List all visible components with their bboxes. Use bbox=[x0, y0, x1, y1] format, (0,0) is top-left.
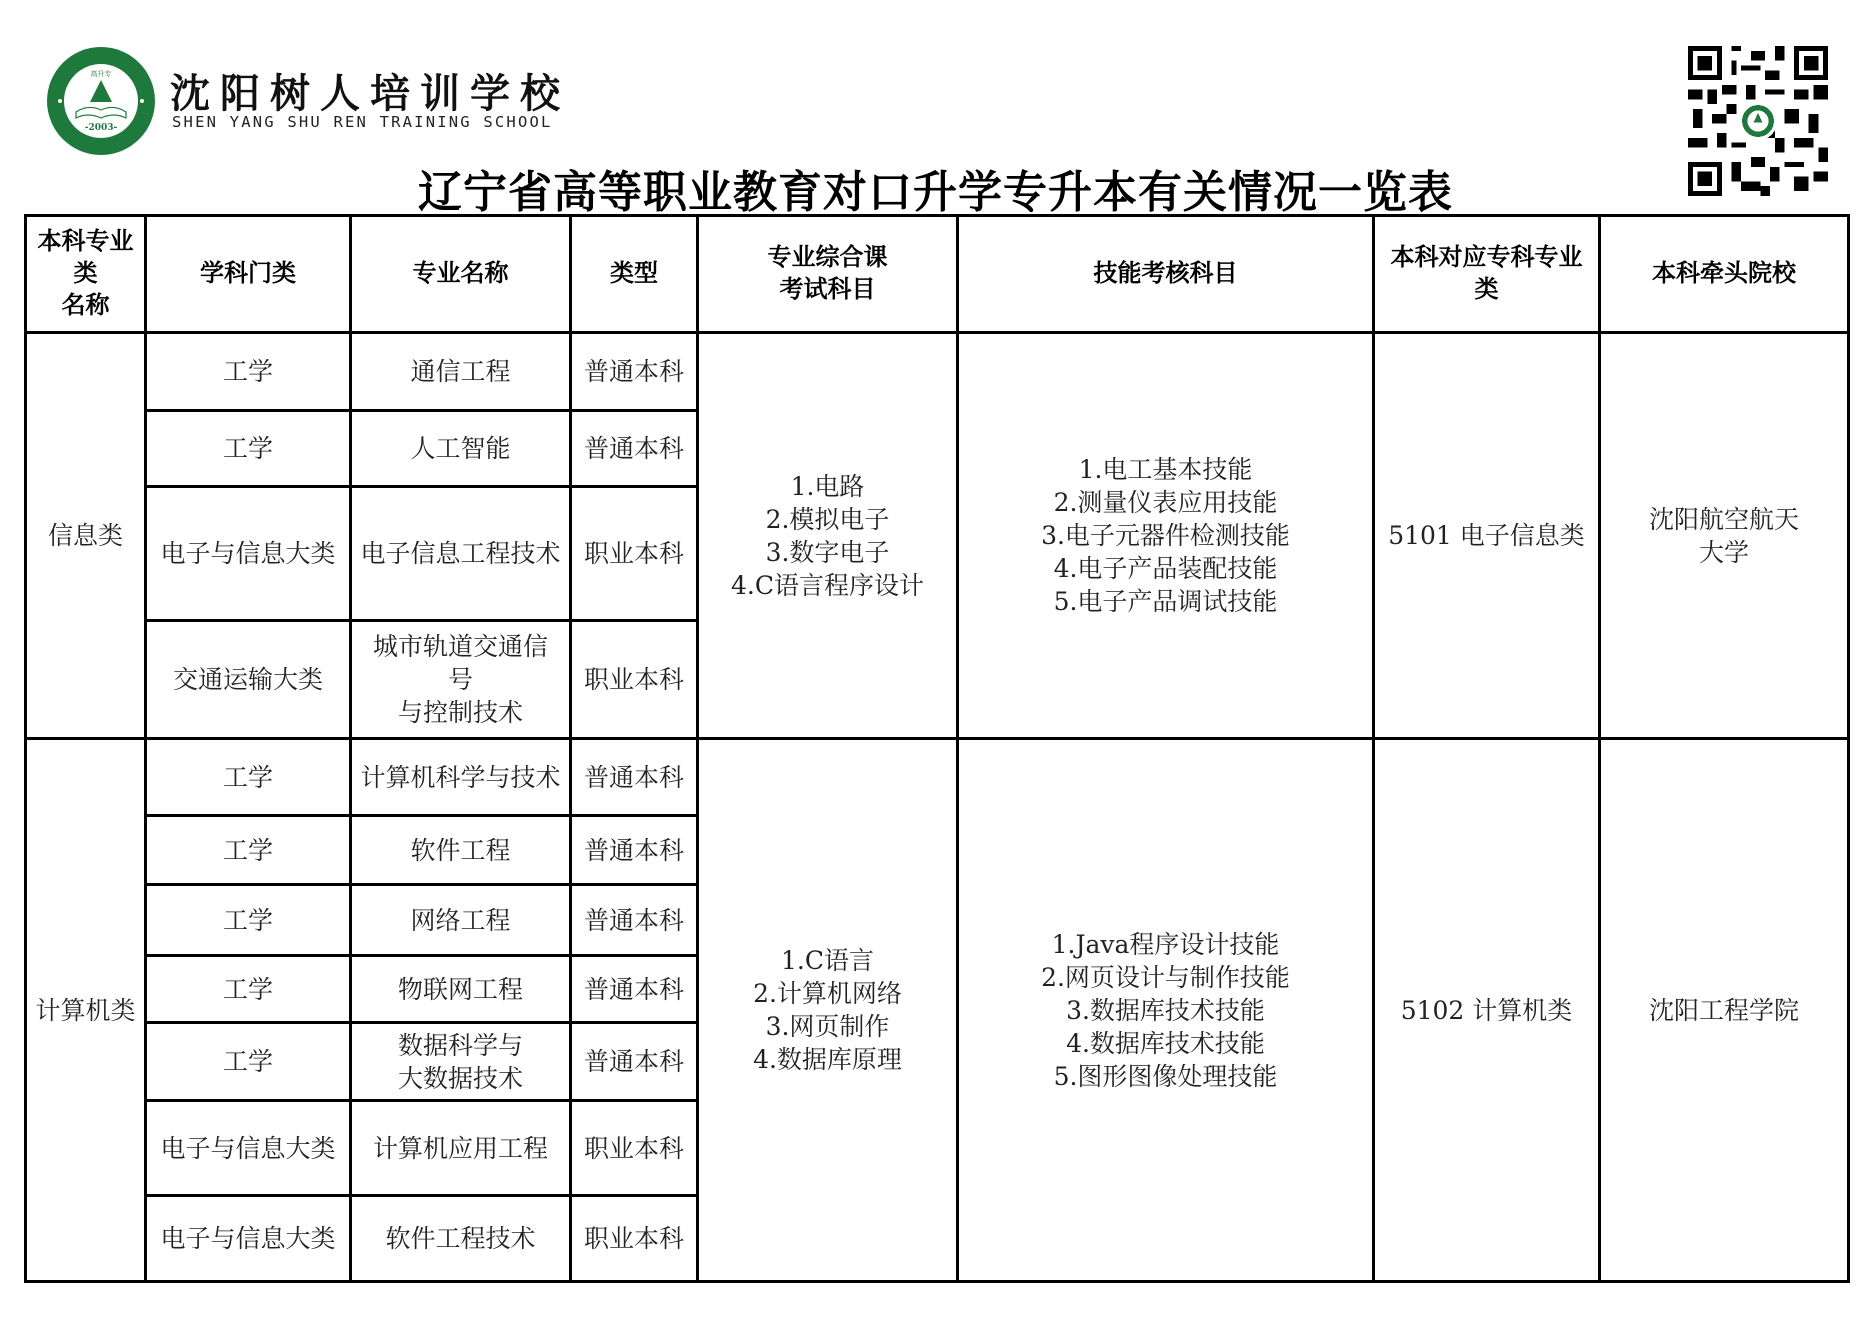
skill-subjects-cell: 1.Java程序设计技能 2.网页设计与制作技能 3.数据库技术技能 4.数据库… bbox=[958, 739, 1374, 1282]
table-row: 计算机类 工学 计算机科学与技术 普通本科 1.C语言 2.计算机网络 3.网页… bbox=[26, 739, 1849, 816]
type-cell: 职业本科 bbox=[571, 621, 698, 739]
admission-table: 本科专业类 名称 学科门类 专业名称 类型 专业综合课 考试科目 技能考核科目 … bbox=[24, 214, 1850, 1283]
type-cell: 职业本科 bbox=[571, 487, 698, 621]
discipline-cell: 工学 bbox=[146, 333, 351, 411]
col-header-major: 专业名称 bbox=[351, 216, 571, 333]
type-cell: 普通本科 bbox=[571, 1023, 698, 1101]
major-cell: 软件工程技术 bbox=[351, 1196, 571, 1282]
vocational-category-cell: 5101 电子信息类 bbox=[1374, 333, 1600, 739]
discipline-cell: 电子与信息大类 bbox=[146, 487, 351, 621]
major-cell: 电子信息工程技术 bbox=[351, 487, 571, 621]
major-cell: 计算机科学与技术 bbox=[351, 739, 571, 816]
category-cell: 信息类 bbox=[26, 333, 146, 739]
table-header-row: 本科专业类 名称 学科门类 专业名称 类型 专业综合课 考试科目 技能考核科目 … bbox=[26, 216, 1849, 333]
col-header-type: 类型 bbox=[571, 216, 698, 333]
discipline-cell: 交通运输大类 bbox=[146, 621, 351, 739]
lead-university-cell: 沈阳航空航天 大学 bbox=[1600, 333, 1849, 739]
discipline-cell: 工学 bbox=[146, 411, 351, 487]
discipline-cell: 电子与信息大类 bbox=[146, 1101, 351, 1196]
type-cell: 普通本科 bbox=[571, 816, 698, 885]
page-title: 辽宁省高等职业教育对口升学专升本有关情况一览表 bbox=[0, 156, 1871, 220]
col-header-lead-university: 本科牵头院校 bbox=[1600, 216, 1849, 333]
category-cell: 计算机类 bbox=[26, 739, 146, 1282]
vocational-category-cell: 5102 计算机类 bbox=[1374, 739, 1600, 1282]
major-cell: 通信工程 bbox=[351, 333, 571, 411]
col-header-category: 本科专业类 名称 bbox=[26, 216, 146, 333]
skill-subjects-cell: 1.电工基本技能 2.测量仪表应用技能 3.电子元器件检测技能 4.电子产品装配… bbox=[958, 333, 1374, 739]
type-cell: 职业本科 bbox=[571, 1101, 698, 1196]
col-header-discipline: 学科门类 bbox=[146, 216, 351, 333]
exam-subjects-cell: 1.C语言 2.计算机网络 3.网页制作 4.数据库原理 bbox=[698, 739, 958, 1282]
major-cell: 网络工程 bbox=[351, 885, 571, 956]
major-cell: 城市轨道交通信 号 与控制技术 bbox=[351, 621, 571, 739]
discipline-cell: 工学 bbox=[146, 739, 351, 816]
discipline-cell: 电子与信息大类 bbox=[146, 1196, 351, 1282]
col-header-skill-subjects: 技能考核科目 bbox=[958, 216, 1374, 333]
school-name-en: SHEN YANG SHU REN TRAINING SCHOOL bbox=[172, 113, 553, 131]
svg-text:-2003-: -2003- bbox=[85, 123, 118, 133]
type-cell: 普通本科 bbox=[571, 411, 698, 487]
major-cell: 计算机应用工程 bbox=[351, 1101, 571, 1196]
type-cell: 普通本科 bbox=[571, 739, 698, 816]
school-name-cn: 沈阳树人培训学校 bbox=[170, 62, 570, 119]
col-header-exam-subjects: 专业综合课 考试科目 bbox=[698, 216, 958, 333]
major-cell: 数据科学与 大数据技术 bbox=[351, 1023, 571, 1101]
discipline-cell: 工学 bbox=[146, 885, 351, 956]
lead-university-cell: 沈阳工程学院 bbox=[1600, 739, 1849, 1282]
exam-subjects-cell: 1.电路 2.模拟电子 3.数字电子 4.C语言程序设计 bbox=[698, 333, 958, 739]
table-row: 信息类 工学 通信工程 普通本科 1.电路 2.模拟电子 3.数字电子 4.C语… bbox=[26, 333, 1849, 411]
discipline-cell: 工学 bbox=[146, 1023, 351, 1101]
discipline-cell: 工学 bbox=[146, 956, 351, 1023]
type-cell: 普通本科 bbox=[571, 885, 698, 956]
discipline-cell: 工学 bbox=[146, 816, 351, 885]
type-cell: 职业本科 bbox=[571, 1196, 698, 1282]
type-cell: 普通本科 bbox=[571, 333, 698, 411]
school-logo-icon: 高升专 -2003- bbox=[46, 46, 156, 156]
type-cell: 普通本科 bbox=[571, 956, 698, 1023]
col-header-vocational-category: 本科对应专科专业 类 bbox=[1374, 216, 1600, 333]
svg-text:高升专: 高升专 bbox=[91, 69, 112, 78]
major-cell: 人工智能 bbox=[351, 411, 571, 487]
major-cell: 物联网工程 bbox=[351, 956, 571, 1023]
major-cell: 软件工程 bbox=[351, 816, 571, 885]
